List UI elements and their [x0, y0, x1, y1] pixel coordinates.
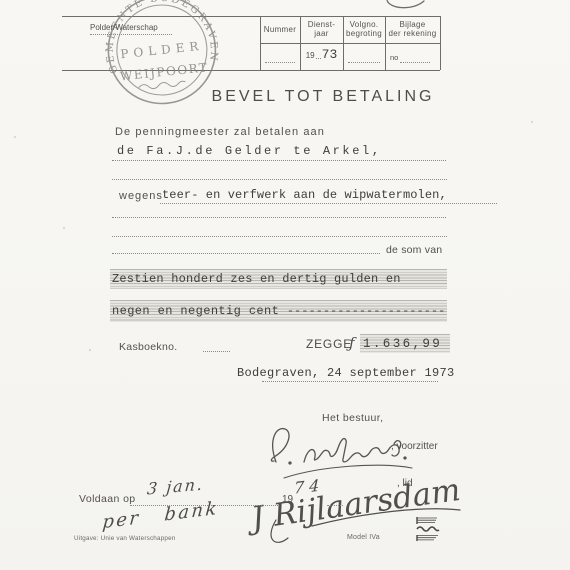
scan-speck [63, 227, 65, 229]
col-header-bijlage: Bijlage der rekening [385, 20, 440, 38]
amount-words-dashes: ---------------------- [287, 304, 445, 318]
year-value: 73 [322, 47, 338, 62]
place-date: Bodegraven, 24 september 1973 [237, 366, 455, 380]
payee-value: de Fa.J.de Gelder te Arkel, [117, 144, 382, 158]
scan-speck [14, 136, 16, 138]
intro-line: De penningmeester zal betalen aan [115, 126, 325, 138]
col-header-dienstjaar: Dienst- jaar [300, 20, 343, 38]
dotted-line [316, 57, 321, 59]
stamp-line1: POLDER [120, 39, 204, 62]
rule-line [260, 43, 440, 44]
paid-year-prefix: 19 [282, 494, 293, 505]
amount-words-line2-wrap: negen en negentig cent -----------------… [110, 300, 447, 318]
amount-words-line1-block: Zestien honderd zes en dertig gulden en [110, 269, 447, 289]
waterschappen-logo [414, 516, 442, 542]
rule-line [440, 16, 441, 70]
scan-speck [531, 121, 533, 123]
amount-numeric: 1.636,99 [360, 334, 450, 351]
dotted-line [262, 380, 438, 382]
bijlage-no-label: no [390, 53, 398, 62]
som-label: de som van [386, 244, 442, 256]
pen-stroke [387, 0, 424, 8]
wegens-value: teer- en verfwerk aan de wipwatermolen, [162, 188, 447, 202]
dotted-line [112, 235, 447, 237]
dotted-line [112, 252, 380, 254]
dotted-line [112, 159, 446, 161]
kasboek-label: Kasboekno. [119, 341, 177, 353]
year-prefix: 19 [306, 51, 315, 62]
dotted-line [112, 216, 446, 218]
stamp-flourish [138, 80, 185, 90]
dotted-line [400, 61, 430, 63]
scan-speck [89, 349, 91, 351]
model-label: Model IVa [347, 534, 380, 541]
amount-numeric-block: 1.636,99 [360, 334, 450, 353]
corner-label: Polder/Waterschap [90, 23, 158, 32]
logo-wave [417, 527, 439, 531]
amount-words-line1: Zestien honderd zes en dertig gulden en [110, 269, 447, 286]
dotted-line [327, 504, 343, 506]
amount-words-line2: negen en negentig cent [112, 304, 279, 318]
logo-lines-bottom [417, 536, 438, 540]
dotted-line [265, 61, 295, 63]
wegens-label: wegens [119, 190, 163, 202]
scanned-payment-order: GEMEENTE BODEGRAVEN POLDER WEIJPOORT Pol… [0, 0, 570, 570]
dienstjaar-value: 19 73 [300, 47, 343, 62]
dotted-line [112, 178, 447, 180]
voldaan-label: Voldaan op [79, 493, 136, 505]
stray-pen-mark [384, 0, 428, 13]
amount-words-line2-block: negen en negentig cent -----------------… [110, 300, 447, 322]
publisher-note: Uitgave: Unie van Waterschappen [74, 535, 176, 542]
paid-date-handwriting: 3 jan. [146, 474, 205, 498]
dotted-line [203, 350, 230, 352]
dotted-line [348, 61, 380, 63]
col-header-volgno: Volgno. begroting [343, 20, 385, 38]
col-header-nummer: Nummer [260, 25, 300, 34]
zegge-label: ZEGGE [306, 337, 352, 351]
dotted-line [160, 202, 497, 204]
dotted-line [90, 33, 172, 35]
paid-year-handwriting: 74 [294, 475, 325, 497]
document-title: BEVEL TOT BETALING [201, 88, 445, 106]
logo-lines-top [417, 518, 437, 522]
florin-sign: ƒ [349, 334, 355, 352]
